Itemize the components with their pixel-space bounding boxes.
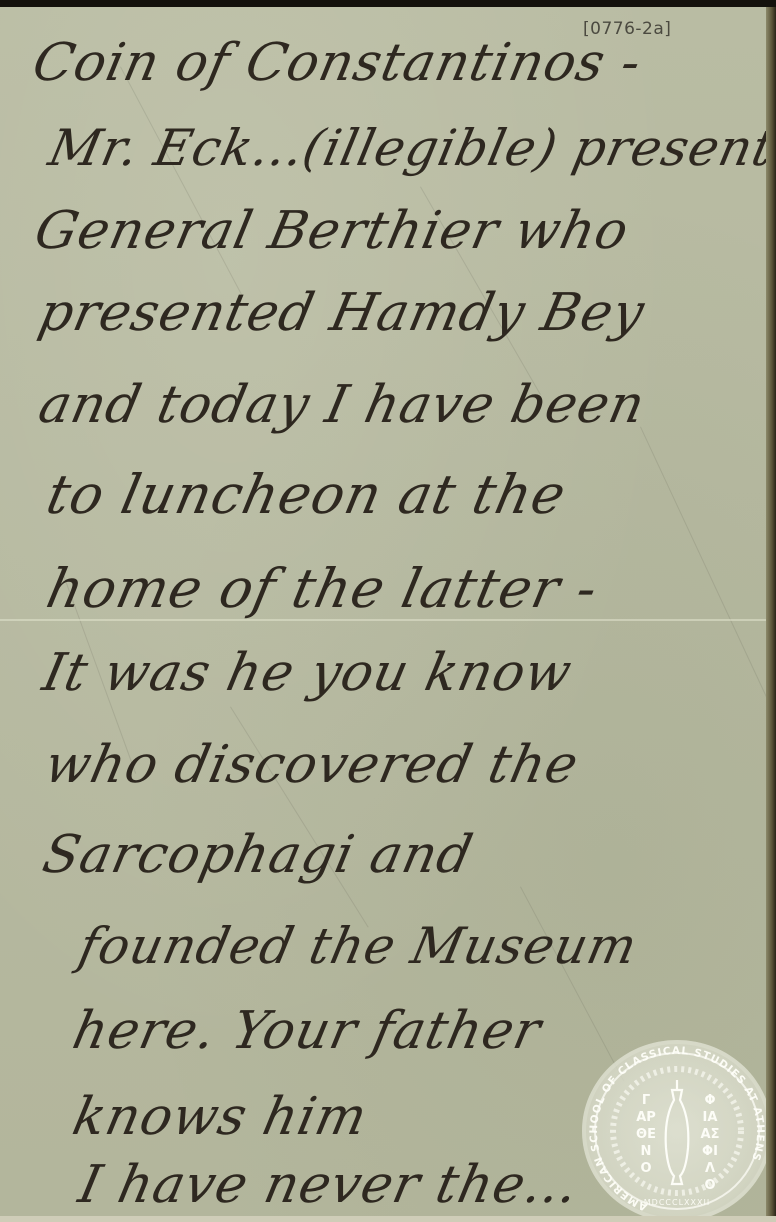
handwritten-line-6: to luncheon at the	[41, 463, 572, 526]
letter-page: [0776-2a] Coin of Constantinos - Mr. Eck…	[0, 7, 766, 1216]
bleed-through-stroke	[640, 427, 766, 717]
handwritten-line-5: and today I have been	[34, 375, 651, 435]
handwritten-line-10: Sarcophagi and	[38, 825, 479, 885]
scan-bottom-border	[0, 1216, 776, 1222]
handwritten-line-2: Mr. Eck...(illegible) presented	[44, 119, 766, 177]
handwritten-line-4: presented Hamdy Bey	[34, 283, 650, 343]
handwritten-line-3: General Berthier who	[30, 201, 635, 261]
handwritten-line-7: home of the latter -	[41, 557, 603, 620]
handwritten-line-1: Coin of Constantinos -	[28, 33, 647, 93]
vase-icon	[662, 1078, 692, 1188]
seal-year: MDCCCLXXXII	[582, 1198, 766, 1207]
seal-right-letters: Φ ΙΑ ΑΣ ΦΙ Λ Ο	[692, 1092, 728, 1194]
handwritten-line-9: who discovered the	[40, 735, 584, 795]
handwritten-line-13: knows him	[68, 1087, 373, 1147]
embossed-seal: AMERICAN SCHOOL OF CLASSICAL STUDIES AT …	[582, 1040, 766, 1216]
bleed-through-stroke	[120, 67, 243, 297]
scan-top-border	[0, 0, 776, 7]
handwritten-line-11: founded the Museum	[74, 917, 643, 975]
scan-right-border	[766, 7, 776, 1216]
handwritten-line-8: It was he you know	[38, 643, 578, 703]
handwritten-line-12: here. Your father	[68, 1001, 547, 1061]
handwritten-line-14: I have never the...	[74, 1155, 585, 1215]
seal-left-letters: Γ ΑΡ ΘΕ Ν Ο	[628, 1092, 664, 1177]
